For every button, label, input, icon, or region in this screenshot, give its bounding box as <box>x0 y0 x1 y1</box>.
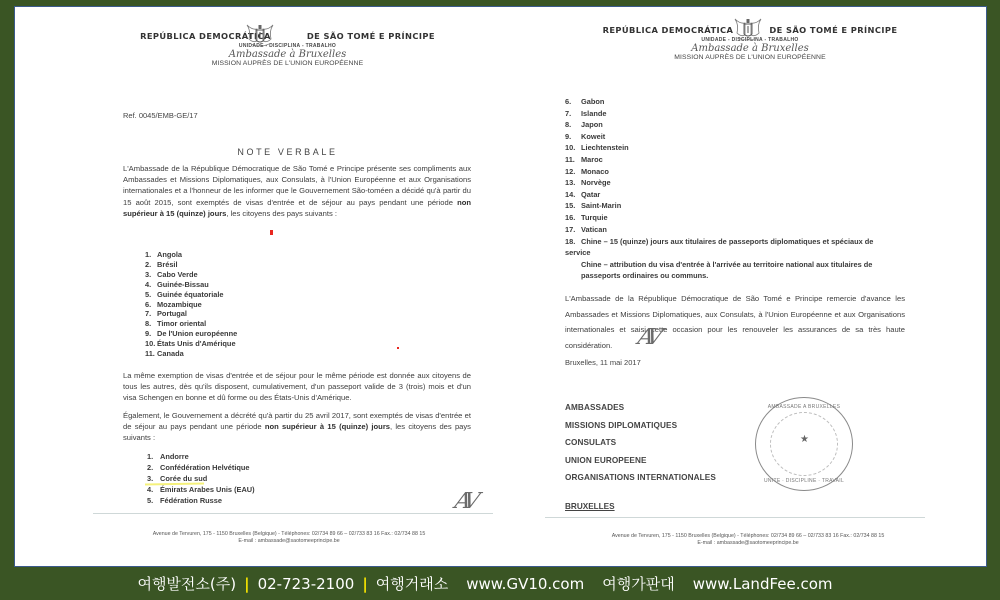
list-item: 5.Guinée équatoriale <box>145 290 237 300</box>
country-name: Islande <box>581 109 606 118</box>
list-item: 7.Portugal <box>145 309 237 319</box>
country-name: États Unis d'Amérique <box>157 339 236 348</box>
letterhead-mission: MISSION AUPRÈS DE L'UNION EUROPÉENNE <box>514 54 986 61</box>
item-number: 3. <box>145 270 157 280</box>
list-item: 8.Timor oriental <box>145 319 237 329</box>
country-name: Vatican <box>581 225 607 234</box>
reference-number: Ref. 0045/EMB-GE/17 <box>123 111 198 120</box>
list-item: 2.Confédération Helvétique <box>147 462 255 473</box>
addressee: ORGANISATIONS INTERNATIONALES <box>565 469 716 487</box>
list-item: 3.Corée du sud <box>147 473 207 484</box>
list-item: 14.Qatar <box>565 189 629 201</box>
addressee: AMBASSADES <box>565 399 716 417</box>
china-num: 18. <box>565 236 581 247</box>
country-name: Timor oriental <box>157 319 206 328</box>
list-item: 6.Gabon <box>565 96 629 108</box>
item-number: 8. <box>565 119 581 131</box>
list-item: 4.Guinée-Bissau <box>145 280 237 290</box>
item-number: 11. <box>145 349 157 359</box>
red-dot <box>397 347 399 349</box>
footer-rule <box>545 517 925 518</box>
letterhead-mission: MISSION AUPRÈS DE L'UNION EUROPÉENNE <box>70 60 505 67</box>
footer-email: E-mail : ambassade@saotomeeprincipe.be <box>510 540 986 547</box>
stamp-text: AMBASSADE A BRUXELLES <box>756 404 852 410</box>
banner-separator: | <box>362 575 367 593</box>
signature: AV <box>453 489 476 514</box>
item-number: 10. <box>565 142 581 154</box>
letterhead-script: Ambassade à Bruxelles <box>70 49 505 60</box>
country-name: Turquie <box>581 213 608 222</box>
country-name: Qatar <box>581 190 600 199</box>
country-name: Gabon <box>581 97 604 106</box>
country-list-2017: 1.Andorre2.Confédération Helvétique3.Cor… <box>147 451 255 506</box>
list-item: 10.États Unis d'Amérique <box>145 339 237 349</box>
item-number: 12. <box>565 166 581 178</box>
list-item: 12.Monaco <box>565 166 629 178</box>
list-item: 1.Angola <box>145 250 237 260</box>
note-verbale-title: NOTE VERBALE <box>15 147 505 157</box>
item-number: 2. <box>145 260 157 270</box>
item-number: 13. <box>565 177 581 189</box>
item-number: 10. <box>145 339 157 349</box>
addressee: MISSIONS DIPLOMATIQUES <box>565 417 716 435</box>
country-name: Confédération Helvétique <box>160 463 250 472</box>
intro-paragraph: L'Ambassade de la République Démocratiqu… <box>123 163 471 219</box>
item-number: 1. <box>147 451 160 462</box>
list-item: 9.Koweit <box>565 131 629 143</box>
letterhead-title: REPÚBLICA DEMOCRÁTICADE SÃO TOMÉ E PRÍNC… <box>70 31 505 41</box>
item-number: 7. <box>565 108 581 120</box>
china-ordinary: Chine – attribution du visa d'entrée à l… <box>565 259 875 282</box>
item-number: 5. <box>147 495 160 506</box>
item-number: 11. <box>565 154 581 166</box>
addressee: CONSULATS <box>565 434 716 452</box>
list-item: 1.Andorre <box>147 451 255 462</box>
item-number: 2. <box>147 462 160 473</box>
banner-link-landfee[interactable]: www.LandFee.com <box>693 575 833 593</box>
country-name: Guinée-Bissau <box>157 280 209 289</box>
item-number: 16. <box>565 212 581 224</box>
title-right: DE SÃO TOMÉ E PRÍNCIPE <box>769 25 897 35</box>
banner-company: 여행발전소(주) <box>137 573 236 594</box>
promo-banner: 여행발전소(주) | 02-723-2100 | 여행거래소 www.GV10.… <box>0 567 1000 600</box>
country-name: Angola <box>157 250 182 259</box>
note-verbale-page-1: REPÚBLICA DEMOCRÁTICADE SÃO TOMÉ E PRÍNC… <box>15 7 505 566</box>
country-name: Canada <box>157 349 184 358</box>
country-name: Andorre <box>160 452 189 461</box>
banner-separator: | <box>244 575 249 593</box>
date-line: Bruxelles, 11 mai 2017 <box>565 358 641 367</box>
list-item: 17.Vatican <box>565 224 629 236</box>
list-item: 2.Brésil <box>145 260 237 270</box>
item-number: 3. <box>147 473 160 484</box>
exemption-paragraph: La même exemption de visas d'entrée et d… <box>123 370 471 404</box>
intro-tail: , les citoyens des pays suivants : <box>226 209 337 218</box>
star-icon: ★ <box>800 434 809 445</box>
footer-address: Avenue de Tervuren, 175 - 1150 Bruxelles… <box>510 533 986 540</box>
country-name: Maroc <box>581 155 603 164</box>
country-name: Fédération Russe <box>160 496 222 505</box>
country-name: Mozambique <box>157 300 202 309</box>
official-seal-icon: AMBASSADE A BRUXELLES ★ UNITE · DISCIPLI… <box>755 397 853 491</box>
decree-bold: non supérieur à 15 (quinze) jours <box>265 422 390 431</box>
item-number: 14. <box>565 189 581 201</box>
list-item: 16.Turquie <box>565 212 629 224</box>
coat-of-arms-icon <box>243 21 277 49</box>
country-name: Liechtenstein <box>581 143 629 152</box>
footer-rule <box>93 513 493 514</box>
item-number: 17. <box>565 224 581 236</box>
country-name: Monaco <box>581 167 609 176</box>
item-number: 6. <box>565 96 581 108</box>
item-number: 4. <box>145 280 157 290</box>
title-left: REPÚBLICA DEMOCRÁTICA <box>603 25 734 35</box>
list-item: 4.Émirats Arabes Unis (EAU) <box>147 484 255 495</box>
country-list-2017-continued: 6.Gabon7.Islande8.Japon9.Koweit10.Liecht… <box>565 96 629 235</box>
item-number: 9. <box>145 329 157 339</box>
addressee-list: AMBASSADESMISSIONS DIPLOMATIQUESCONSULAT… <box>565 399 716 487</box>
decree-paragraph: Également, le Gouvernement a décrété qu'… <box>123 410 471 444</box>
list-item: 15.Saint-Marin <box>565 200 629 212</box>
list-item: 11.Canada <box>145 349 237 359</box>
footer-email: E-mail : ambassade@saotomeeprincipe.be <box>73 538 505 545</box>
stamp-bottom-text: UNITE · DISCIPLINE · TRAVAIL <box>756 478 852 484</box>
item-number: 1. <box>145 250 157 260</box>
banner-label-1: 여행거래소 <box>376 573 448 594</box>
document-frame: REPÚBLICA DEMOCRÁTICADE SÃO TOMÉ E PRÍNC… <box>14 6 987 567</box>
china-entry: 18.Chine – 15 (quinze) jours aux titulai… <box>565 236 875 282</box>
list-item: 13.Norvège <box>565 177 629 189</box>
list-item: 9.De l'Union européenne <box>145 329 237 339</box>
red-mark <box>270 230 273 235</box>
item-number: 5. <box>145 290 157 300</box>
addressee: UNION EUROPEENE <box>565 452 716 470</box>
country-name: Corée du sud <box>160 474 207 483</box>
country-list-2015: 1.Angola2.Brésil3.Cabo Verde4.Guinée-Bis… <box>145 250 237 359</box>
country-name: Émirats Arabes Unis (EAU) <box>160 485 255 494</box>
country-name: Guinée équatoriale <box>157 290 224 299</box>
list-item: 7.Islande <box>565 108 629 120</box>
page-footer: Avenue de Tervuren, 175 - 1150 Bruxelles… <box>15 531 505 545</box>
coat-of-arms-icon <box>731 15 765 43</box>
closing-paragraph: L'Ambassade de la République Démocratiqu… <box>565 291 905 353</box>
letterhead: REPÚBLICA DEMOCRÁTICADE SÃO TOMÉ E PRÍNC… <box>15 31 505 67</box>
list-item: 6.Mozambique <box>145 300 237 310</box>
country-name: Saint-Marin <box>581 201 621 210</box>
country-name: Japon <box>581 120 603 129</box>
country-name: Koweit <box>581 132 605 141</box>
note-verbale-page-2: REPÚBLICA DEMOCRÁTICADE SÃO TOMÉ E PRÍNC… <box>510 7 986 566</box>
item-number: 9. <box>565 131 581 143</box>
title-right: DE SÃO TOMÉ E PRÍNCIPE <box>307 31 435 41</box>
country-name: Norvège <box>581 178 611 187</box>
letterhead-script: Ambassade à Bruxelles <box>514 43 986 54</box>
city-label: BRUXELLES <box>565 502 615 511</box>
page-footer: Avenue de Tervuren, 175 - 1150 Bruxelles… <box>510 533 986 547</box>
banner-phone[interactable]: 02-723-2100 <box>258 575 355 593</box>
signature: AV <box>636 325 659 350</box>
intro-text: L'Ambassade de la République Démocratiqu… <box>123 164 471 207</box>
banner-link-gv10[interactable]: www.GV10.com <box>466 575 584 593</box>
list-item: 5.Fédération Russe <box>147 495 255 506</box>
banner-label-2: 여행가판대 <box>602 573 674 594</box>
list-item: 11.Maroc <box>565 154 629 166</box>
list-item: 10.Liechtenstein <box>565 142 629 154</box>
country-name: De l'Union européenne <box>157 329 237 338</box>
item-number: 15. <box>565 200 581 212</box>
item-number: 7. <box>145 309 157 319</box>
list-item: 3.Cabo Verde <box>145 270 237 280</box>
country-name: Brésil <box>157 260 178 269</box>
item-number: 4. <box>147 484 160 495</box>
china-diplomatic: Chine – 15 (quinze) jours aux titulaires… <box>565 237 873 257</box>
letterhead: REPÚBLICA DEMOCRÁTICADE SÃO TOMÉ E PRÍNC… <box>510 25 986 61</box>
item-number: 8. <box>145 319 157 329</box>
country-name: Portugal <box>157 309 187 318</box>
country-name: Cabo Verde <box>157 270 198 279</box>
item-number: 6. <box>145 300 157 310</box>
list-item: 8.Japon <box>565 119 629 131</box>
footer-address: Avenue de Tervuren, 175 - 1150 Bruxelles… <box>73 531 505 538</box>
